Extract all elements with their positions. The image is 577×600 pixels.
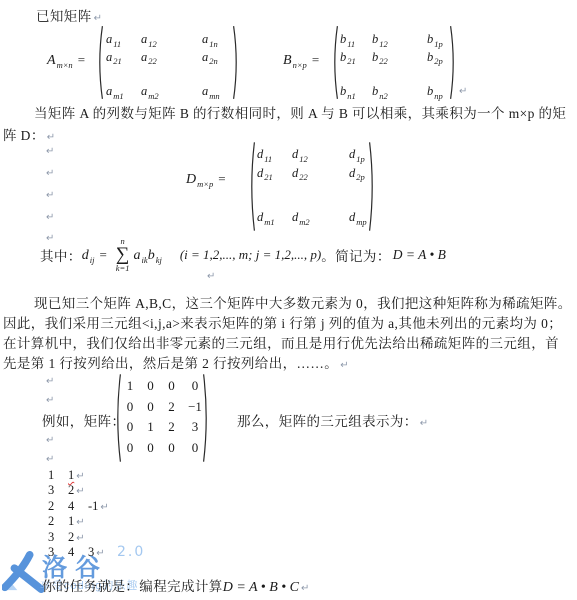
triple-row: 343↵ bbox=[48, 545, 109, 560]
pilcrow-mark: ↵ bbox=[76, 533, 84, 544]
matrix-cell: dm1 bbox=[257, 210, 292, 225]
shorthand-formula: D = A • B bbox=[393, 247, 446, 263]
cell-subscript: 1n bbox=[209, 39, 218, 49]
left-paren bbox=[96, 25, 104, 100]
matrix-d-label: Dm×p= bbox=[186, 171, 226, 188]
cell-base: a bbox=[106, 50, 112, 64]
pilcrow-mark: ↵ bbox=[76, 486, 84, 497]
matrix-row: 1000 bbox=[120, 377, 210, 398]
triple-value: 1 bbox=[68, 514, 74, 529]
cell-base: b bbox=[372, 32, 378, 46]
cell-base: a bbox=[141, 84, 147, 98]
cell-base: a bbox=[141, 32, 147, 46]
luogu-logo-icon bbox=[2, 551, 44, 593]
matrix-cell: 0 bbox=[120, 440, 140, 456]
matrix-cell: b21 bbox=[340, 50, 372, 65]
summation-symbol: n ∑ k=1 bbox=[116, 237, 130, 272]
cell-subscript: 2p bbox=[434, 56, 443, 66]
matrix-cell: 2 bbox=[161, 399, 182, 415]
left-paren bbox=[114, 373, 122, 463]
matrix-cell: bn2 bbox=[372, 84, 427, 99]
pilcrow-mark: ↵ bbox=[96, 548, 104, 559]
intro-text: 已知矩阵 bbox=[36, 9, 92, 24]
matrix-row: bn1bn2bnp bbox=[340, 82, 457, 100]
pilcrow-mark: ↵ bbox=[46, 212, 54, 223]
pilcrow-mark: ↵ bbox=[46, 454, 54, 465]
cell-subscript: 11 bbox=[113, 39, 121, 49]
triples-list: 11↵32↵24-1↵21↵32↵343↵ bbox=[48, 468, 109, 560]
matrix-cell: 0 bbox=[161, 440, 182, 456]
triple-value: 2 bbox=[48, 499, 68, 514]
matrix-cell: 0 bbox=[120, 419, 140, 435]
cell-base: d bbox=[349, 166, 355, 180]
cell-base: a bbox=[202, 50, 208, 64]
matrix-cell: d12 bbox=[292, 147, 349, 162]
cell-base: a bbox=[141, 50, 147, 64]
matrix-cell: b12 bbox=[372, 32, 427, 47]
matrix-cell: b11 bbox=[340, 32, 372, 47]
pilcrow-mark: ↵ bbox=[420, 418, 428, 429]
cell-base: d bbox=[349, 210, 355, 224]
cell-subscript: mp bbox=[356, 217, 366, 227]
matrix-cell: 1 bbox=[120, 378, 140, 394]
right-paren bbox=[368, 141, 376, 232]
left-paren bbox=[331, 25, 339, 100]
pilcrow-mark: ↵ bbox=[94, 13, 102, 24]
matrix-row: a21a22a2n bbox=[106, 48, 240, 66]
cell-base: b bbox=[427, 32, 433, 46]
triple-value: 3 bbox=[88, 545, 94, 560]
cell-subscript: 22 bbox=[299, 172, 308, 182]
matrix-row: 002−1 bbox=[120, 398, 210, 419]
task-line: 你的任务就是：编程完成计算 D = A • B • C ↵ bbox=[42, 575, 309, 596]
cell-base: b bbox=[340, 84, 346, 98]
cell-base: b bbox=[372, 50, 378, 64]
a-ik-term: aik bbox=[134, 246, 148, 264]
cell-base: b bbox=[427, 50, 433, 64]
matrix-gap-row bbox=[340, 65, 457, 82]
cell-base: d bbox=[349, 147, 355, 161]
pilcrow-mark: ↵ bbox=[76, 517, 84, 528]
matrix-cell: d11 bbox=[257, 147, 292, 162]
cell-subscript: n1 bbox=[347, 91, 356, 101]
paragraph-sparse-line3: 在计算机中，我们仅给出非零元素的三元组，而且是用行优先法给出稀疏矩阵的三元组，首 bbox=[3, 332, 559, 352]
matrix-cell: a11 bbox=[106, 32, 141, 47]
cell-subscript: m1 bbox=[113, 91, 123, 101]
triple-value: 1 bbox=[48, 468, 68, 483]
triple-row: 11↵ bbox=[48, 468, 109, 483]
cell-subscript: 12 bbox=[379, 39, 388, 49]
cell-base: d bbox=[257, 210, 263, 224]
example-right-text: 那么，矩阵的三元组表示为：↵ bbox=[237, 410, 428, 430]
index-range: (i = 1,2,..., m; j = 1,2,..., p) bbox=[180, 247, 321, 263]
pilcrow-mark: ↵ bbox=[47, 132, 55, 143]
d-ij-term: dij bbox=[82, 246, 95, 264]
triple-value: 2 bbox=[48, 514, 68, 529]
example-label: 例如，矩阵： bbox=[42, 410, 125, 430]
triple-value: 2 bbox=[68, 530, 74, 545]
matrix-row: a11a12a1n bbox=[106, 30, 240, 48]
matrix-cell: d22 bbox=[292, 166, 349, 181]
triple-value: 2 bbox=[68, 483, 74, 498]
matrix-row: b11b12b1p bbox=[340, 30, 457, 48]
definition-formula-line: 其中： dij = n ∑ k=1 aik bkj (i = 1,2,..., … bbox=[40, 232, 446, 278]
pilcrow-mark: ↵ bbox=[76, 471, 84, 482]
cell-base: d bbox=[257, 166, 263, 180]
watermark-version: 2.0 bbox=[117, 544, 145, 560]
matrix-row: 0000 bbox=[120, 439, 210, 460]
cell-subscript: np bbox=[434, 91, 443, 101]
matrix-cell: a21 bbox=[106, 50, 141, 65]
triple-value: 1 bbox=[68, 468, 74, 483]
pilcrow-mark: ↵ bbox=[207, 271, 215, 282]
matrix-gap-row bbox=[106, 65, 240, 82]
cell-subscript: 21 bbox=[264, 172, 273, 182]
matrix-d: d11d12d1pd21d22d2pdm1dm2dmp bbox=[248, 141, 376, 232]
pilcrow-mark: ↵ bbox=[46, 190, 54, 201]
paragraph-sparse-line2: 因此，我们采用三元组<i,j,a>来表示矩阵的第 i 行第 j 列的值为 a,其… bbox=[3, 312, 562, 332]
cell-base: d bbox=[292, 147, 298, 161]
triple-value: -1 bbox=[88, 499, 98, 514]
matrix-b: b11b12b1pb21b22b2pbn1bn2bnp bbox=[331, 25, 457, 100]
task-text: 你的任务就是：编程完成计算 bbox=[42, 575, 223, 595]
example-matrix: 1000002−101230000 bbox=[114, 373, 210, 463]
paragraph-sparse-line4: 先是第 1 行按列给出，然后是第 2 行按列给出，……。↵ bbox=[3, 352, 349, 372]
cell-base: b bbox=[427, 84, 433, 98]
matrix-cell: bn1 bbox=[340, 84, 372, 99]
cell-base: a bbox=[202, 84, 208, 98]
matrix-cell: a12 bbox=[141, 32, 202, 47]
paragraph-sparse-line1: 现已知三个矩阵 A,B,C，这三个矩阵中大多数元素为 0，我们把这种矩阵称为稀疏… bbox=[34, 292, 572, 312]
matrix-cell: b22 bbox=[372, 50, 427, 65]
right-paren bbox=[202, 373, 210, 463]
matrix-cell: 0 bbox=[161, 378, 182, 394]
cell-subscript: 11 bbox=[347, 39, 355, 49]
cell-subscript: m1 bbox=[264, 217, 274, 227]
intro-line: 已知矩阵↵ bbox=[36, 5, 102, 25]
task-formula: D = A • B • C bbox=[223, 580, 299, 596]
triple-value: 4 bbox=[68, 499, 88, 514]
matrix-cell: 2 bbox=[161, 419, 182, 435]
cell-base: a bbox=[202, 32, 208, 46]
cell-subscript: 21 bbox=[347, 56, 356, 66]
triple-row: 32↵ bbox=[48, 530, 109, 545]
cell-subscript: 22 bbox=[148, 56, 157, 66]
cell-subscript: 12 bbox=[299, 154, 308, 164]
cell-base: b bbox=[340, 32, 346, 46]
cell-base: a bbox=[106, 32, 112, 46]
formula-prefix: 其中： bbox=[40, 245, 82, 265]
matrix-gap-row bbox=[257, 182, 376, 208]
matrix-row: d11d12d1p bbox=[257, 145, 376, 164]
pilcrow-mark: ↵ bbox=[100, 502, 108, 513]
cell-subscript: 1p bbox=[434, 39, 443, 49]
cell-subscript: n2 bbox=[379, 91, 388, 101]
cell-base: b bbox=[340, 50, 346, 64]
matrix-cell: am1 bbox=[106, 84, 141, 99]
matrix-b-label: Bn×p= bbox=[283, 52, 319, 69]
document-page: 洛谷 2.0 享受coding的乐趣 已知矩阵↵ Am×n= a11a12a1n… bbox=[0, 0, 577, 600]
matrix-row: d21d22d2p bbox=[257, 164, 376, 183]
cell-subscript: 21 bbox=[113, 56, 122, 66]
pilcrow-mark: ↵ bbox=[46, 395, 54, 406]
pilcrow-mark: ↵ bbox=[46, 168, 54, 179]
cell-subscript: 12 bbox=[148, 39, 157, 49]
matrix-row: 0123 bbox=[120, 418, 210, 439]
cell-subscript: 2n bbox=[209, 56, 218, 66]
b-kj-term: bkj bbox=[148, 246, 162, 264]
paragraph-multiply-line2: 阵 D：↵ bbox=[3, 124, 55, 144]
matrix-cell: 0 bbox=[140, 378, 161, 394]
triple-value: 3 bbox=[48, 483, 68, 498]
cell-base: d bbox=[257, 147, 263, 161]
pilcrow-mark: ↵ bbox=[301, 583, 309, 594]
cell-base: d bbox=[292, 210, 298, 224]
cell-subscript: 2p bbox=[356, 172, 365, 182]
pilcrow-mark: ↵ bbox=[459, 86, 467, 97]
cell-subscript: 22 bbox=[379, 56, 388, 66]
paragraph-multiply-line1: 当矩阵 A 的列数与矩阵 B 的行数相同时，则 A 与 B 可以相乘，其乘积为一… bbox=[34, 102, 566, 122]
matrix-row: dm1dm2dmp bbox=[257, 208, 376, 227]
pilcrow-mark: ↵ bbox=[46, 435, 54, 446]
matrix-cell: a22 bbox=[141, 50, 202, 65]
right-paren bbox=[449, 25, 457, 100]
cell-subscript: 1p bbox=[356, 154, 365, 164]
left-paren bbox=[248, 141, 256, 232]
triple-row: 32↵ bbox=[48, 483, 109, 498]
cell-subscript: m2 bbox=[148, 91, 158, 101]
cell-base: b bbox=[372, 84, 378, 98]
matrix-cell: 0 bbox=[140, 440, 161, 456]
matrix-row: b21b22b2p bbox=[340, 48, 457, 66]
pilcrow-mark: ↵ bbox=[340, 360, 348, 371]
cell-subscript: 11 bbox=[264, 154, 272, 164]
matrix-cell: 1 bbox=[140, 419, 161, 435]
triple-value: 3 bbox=[48, 545, 68, 560]
matrix-row: am1am2amn bbox=[106, 82, 240, 100]
triple-row: 24-1↵ bbox=[48, 499, 109, 514]
cell-base: a bbox=[106, 84, 112, 98]
matrix-cell: 0 bbox=[120, 399, 140, 415]
triple-row: 21↵ bbox=[48, 514, 109, 529]
right-paren bbox=[232, 25, 240, 100]
matrix-cell: dm2 bbox=[292, 210, 349, 225]
pilcrow-mark: ↵ bbox=[46, 376, 54, 387]
cell-subscript: m2 bbox=[299, 217, 309, 227]
cell-subscript: mn bbox=[209, 91, 219, 101]
triple-value: 3 bbox=[48, 530, 68, 545]
pilcrow-mark: ↵ bbox=[46, 146, 54, 157]
shorthand-note: 。简记为： bbox=[321, 245, 391, 265]
matrix-cell: am2 bbox=[141, 84, 202, 99]
matrix-a: a11a12a1na21a22a2nam1am2amn bbox=[96, 25, 240, 100]
matrix-cell: d21 bbox=[257, 166, 292, 181]
matrix-cell: 0 bbox=[140, 399, 161, 415]
cell-base: d bbox=[292, 166, 298, 180]
triple-value: 4 bbox=[68, 545, 88, 560]
matrix-a-label: Am×n= bbox=[47, 52, 85, 69]
